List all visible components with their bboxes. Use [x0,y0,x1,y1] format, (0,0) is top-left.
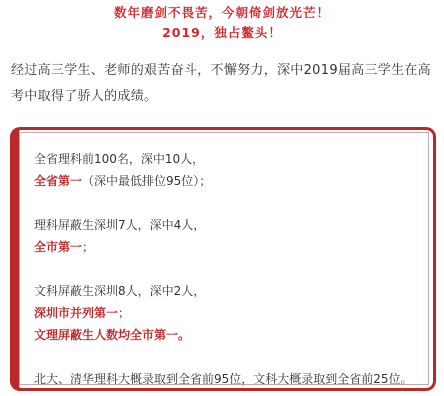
result-line: 全市第一； [34,236,429,258]
highlight-text: 深圳市并列第一 [34,306,118,320]
intro-paragraph: 经过高三学生、老师的艰苦奋斗，不懈努力，深中2019届高三学生在高考中取得了骄人… [11,58,439,110]
highlight-text: 全市第一 [34,240,82,254]
spacer [34,192,429,214]
result-line: 深圳市并列第一； [34,302,429,324]
spacer [34,258,429,280]
headline-slogan: 数年磨剑不畏苦，今朝倚剑放光芒！ [0,3,444,21]
result-text: ； [118,306,130,320]
highlight-text: 文理屏蔽生人数均全市第一。 [34,328,190,342]
result-line: 文理屏蔽生人数均全市第一。 [34,324,429,346]
highlight-text: 全省第一 [34,174,82,188]
result-text: （深中最低排位95位）； [82,174,211,188]
result-line: 理科屏蔽生深圳7人，深中4人， [34,214,429,236]
spacer [34,346,429,368]
footer-note: 北大、清华理科大概录取到全省前95位，文科大概录取到全省前25位。 [34,368,429,390]
results-content: 全省理科前100名，深中10人， 全省第一（深中最低排位95位）； 理科屏蔽生深… [34,148,429,390]
headline-year: 2019，独占鳌头！ [0,23,444,41]
result-text: ； [82,240,94,254]
result-line: 全省第一（深中最低排位95位）； [34,170,429,192]
result-line: 全省理科前100名，深中10人， [34,148,429,170]
result-line: 文科屏蔽生深圳8人，深中2人， [34,280,429,302]
